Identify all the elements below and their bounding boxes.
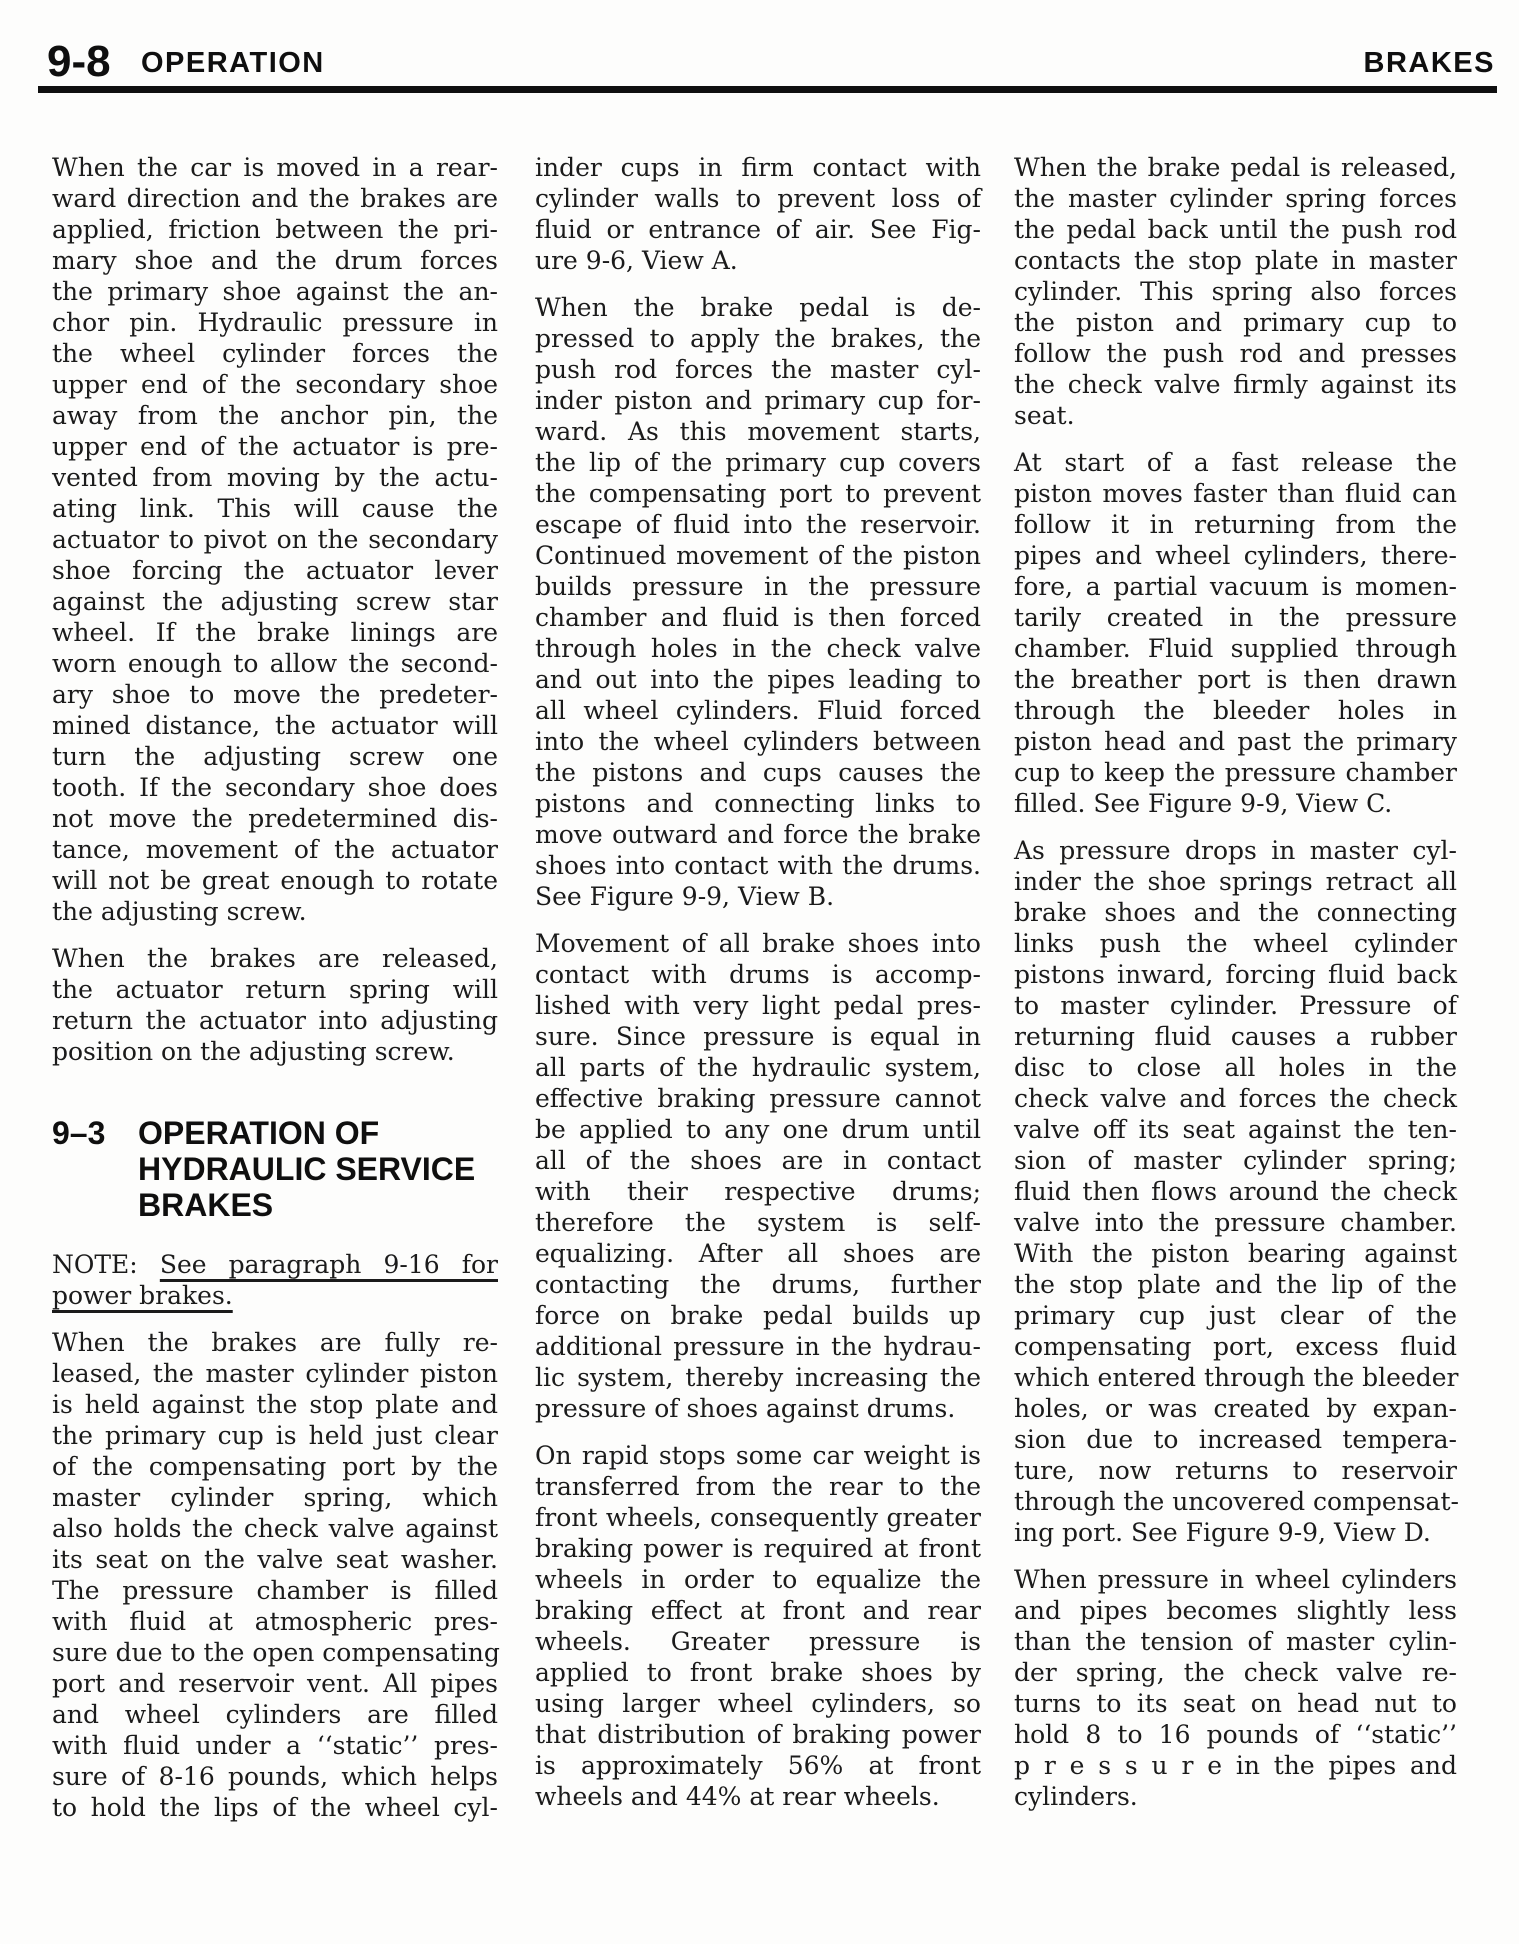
text-line: leased, the master cylinder piston (52, 1358, 498, 1389)
paragraph: Movement of all brake shoes intocontact … (535, 928, 981, 1424)
text-line: NOTE: See paragraph 9-16 for (52, 1249, 498, 1280)
paragraph: As pressure drops in master cyl-inder th… (1014, 835, 1457, 1548)
text-line: force on brake pedal builds up (535, 1300, 981, 1331)
section-heading-line: OPERATION OF (138, 1115, 498, 1151)
text-line: the actuator return spring will (52, 974, 498, 1005)
text-line: When the brakes are released, (52, 943, 498, 974)
text-line: than the tension of master cylin- (1014, 1626, 1457, 1657)
text-line: through the bleeder holes in (1014, 695, 1457, 726)
text-line: pistons inward, forcing fluid back (1014, 959, 1457, 990)
text-line: sure due to the open compensating (52, 1637, 498, 1668)
text-line: inder piston and primary cup for- (535, 385, 981, 416)
page-section-title: OPERATION (141, 49, 325, 78)
text-line: With the piston bearing against (1014, 1238, 1457, 1269)
text-line: Movement of all brake shoes into (535, 928, 981, 959)
text-line: tarily created in the pressure (1014, 602, 1457, 633)
text-line: equalizing. After all shoes are (535, 1238, 981, 1269)
text-line: sure of 8-16 pounds, which helps (52, 1761, 498, 1792)
text-line: valve off its seat against the ten- (1014, 1114, 1457, 1145)
column-1: When the car is moved in a rear-ward dir… (52, 152, 498, 1839)
paragraph: When the car is moved in a rear-ward dir… (52, 152, 498, 927)
text-line: the check valve firmly against its (1014, 369, 1457, 400)
text-line: upper end of the actuator is pre- (52, 431, 498, 462)
text-line: using larger wheel cylinders, so (535, 1688, 981, 1719)
text-line: with fluid under a ‘‘static’’ pres- (52, 1730, 498, 1761)
text-line: and pipes becomes slightly less (1014, 1595, 1457, 1626)
text-line: cup to keep the pressure chamber (1014, 757, 1457, 788)
text-line: escape of fluid into the reservoir. (535, 509, 981, 540)
text-line: inder the shoe springs retract all (1014, 866, 1457, 897)
text-line: cylinder. This spring also forces (1014, 276, 1457, 307)
text-line: mined distance, the actuator will (52, 710, 498, 741)
text-line: power brakes. (52, 1280, 498, 1311)
text-line: ture, now returns to reservoir (1014, 1455, 1457, 1486)
text-line: tance, movement of the actuator (52, 834, 498, 865)
text-line: brake shoes and the connecting (1014, 897, 1457, 928)
text-line: follow it in returning from the (1014, 509, 1457, 540)
text-line: the piston and primary cup to (1014, 307, 1457, 338)
text-line: vented from moving by the actu- (52, 462, 498, 493)
text-line: filled. See Figure 9-9, View C. (1014, 788, 1457, 819)
text-line: and out into the pipes leading to (535, 664, 981, 695)
text-line: the pistons and cups causes the (535, 757, 981, 788)
text-line: contacts the stop plate in master (1014, 245, 1457, 276)
text-line: valve into the pressure chamber. (1014, 1207, 1457, 1238)
text-line: effective braking pressure cannot (535, 1083, 981, 1114)
section-heading-line: HYDRAULIC SERVICE (138, 1151, 498, 1187)
note-underlined-text: See paragraph 9-16 for (160, 1250, 498, 1279)
text-line: move outward and force the brake (535, 819, 981, 850)
text-line: turn the adjusting screw one (52, 741, 498, 772)
text-line: shoe forcing the actuator lever (52, 555, 498, 586)
text-line: sion due to increased tempera- (1014, 1424, 1457, 1455)
text-line: be applied to any one drum until (535, 1114, 981, 1145)
text-line: wheels in order to equalize the (535, 1564, 981, 1595)
text-line: to master cylinder. Pressure of (1014, 990, 1457, 1021)
text-line: return the actuator into adjusting (52, 1005, 498, 1036)
text-line: is approximately 56% at front (535, 1750, 981, 1781)
text-line: When the brake pedal is released, (1014, 152, 1457, 183)
text-line: The pressure chamber is filled (52, 1575, 498, 1606)
text-line: the wheel cylinder forces the (52, 338, 498, 369)
text-line: links push the wheel cylinder (1014, 928, 1457, 959)
text-line: and wheel cylinders are filled (52, 1699, 498, 1730)
text-line: When the brake pedal is de- (535, 292, 981, 323)
text-line: builds pressure in the pressure (535, 571, 981, 602)
text-line: fore, a partial vacuum is momen- (1014, 571, 1457, 602)
text-line: with fluid at atmospheric pres- (52, 1606, 498, 1637)
text-line: master cylinder spring, which (52, 1482, 498, 1513)
section-heading-line: BRAKES (138, 1187, 498, 1223)
text-line: inder cups in firm contact with (535, 152, 981, 183)
text-line: braking effect at front and rear (535, 1595, 981, 1626)
text-line: actuator to pivot on the secondary (52, 524, 498, 555)
text-line: Continued movement of the piston (535, 540, 981, 571)
text-line: through the uncovered compensat- (1014, 1486, 1457, 1517)
text-line: pressure of shoes against drums. (535, 1393, 981, 1424)
paragraph: When the brakes are released,the actuato… (52, 943, 498, 1067)
text-line: shoes into contact with the drums. (535, 850, 981, 881)
text-line: pipes and wheel cylinders, there- (1014, 540, 1457, 571)
text-line: disc to close all holes in the (1014, 1052, 1457, 1083)
text-line: seat. (1014, 400, 1457, 431)
text-line: When the car is moved in a rear- (52, 152, 498, 183)
text-line: cylinder walls to prevent loss of (535, 183, 981, 214)
text-line: therefore the system is self- (535, 1207, 981, 1238)
text-line: wheels and 44% at rear wheels. (535, 1781, 981, 1812)
text-line: contact with drums is accomp- (535, 959, 981, 990)
text-line: p r e s s u r e in the pipes and (1014, 1750, 1457, 1781)
text-line: check valve and forces the check (1014, 1083, 1457, 1114)
text-line: the lip of the primary cup covers (535, 447, 981, 478)
text-line: ure 9-6, View A. (535, 245, 981, 276)
text-line: chamber. Fluid supplied through (1014, 633, 1457, 664)
text-line: additional pressure in the hydrau- (535, 1331, 981, 1362)
text-line: When pressure in wheel cylinders (1014, 1564, 1457, 1595)
text-line: the primary cup is held just clear (52, 1420, 498, 1451)
text-line: braking power is required at front (535, 1533, 981, 1564)
text-line: der spring, the check valve re- (1014, 1657, 1457, 1688)
column-2: inder cups in firm contact withcylinder … (535, 152, 981, 1828)
text-line: fluid then flows around the check (1014, 1176, 1457, 1207)
paragraph: When the brake pedal is released,the mas… (1014, 152, 1457, 431)
text-line: chamber and fluid is then forced (535, 602, 981, 633)
text-line: When the brakes are fully re- (52, 1327, 498, 1358)
text-line: holes, or was created by expan- (1014, 1393, 1457, 1424)
text-line: through holes in the check valve (535, 633, 981, 664)
text-line: pistons and connecting links to (535, 788, 981, 819)
text-line: applied to front brake shoes by (535, 1657, 981, 1688)
text-line: sure. Since pressure is equal in (535, 1021, 981, 1052)
text-line: lic system, thereby increasing the (535, 1362, 981, 1393)
text-line: contacting the drums, further (535, 1269, 981, 1300)
text-line: upper end of the secondary shoe (52, 369, 498, 400)
text-line: tooth. If the secondary shoe does (52, 772, 498, 803)
text-line: primary cup just clear of the (1014, 1300, 1457, 1331)
text-line: which entered through the bleeder (1014, 1362, 1457, 1393)
text-line: is held against the stop plate and (52, 1389, 498, 1420)
text-line: will not be great enough to rotate (52, 865, 498, 896)
text-line: mary shoe and the drum forces (52, 245, 498, 276)
text-line: ary shoe to move the predeter- (52, 679, 498, 710)
note-label: NOTE: (52, 1250, 138, 1279)
paragraph: At start of a fast release thepiston mov… (1014, 447, 1457, 819)
text-line: See Figure 9-9, View B. (535, 881, 981, 912)
text-line: transferred from the rear to the (535, 1471, 981, 1502)
text-line: turns to its seat on head nut to (1014, 1688, 1457, 1719)
text-line: cylinders. (1014, 1781, 1457, 1812)
text-line: away from the anchor pin, the (52, 400, 498, 431)
section-heading: 9–3OPERATION OFHYDRAULIC SERVICEBRAKES (52, 1115, 498, 1223)
text-line: sion of master cylinder spring; (1014, 1145, 1457, 1176)
manual-page: 9-8 OPERATION BRAKES When the car is mov… (0, 0, 1519, 1944)
paragraph: On rapid stops some car weight istransfe… (535, 1440, 981, 1812)
text-line: port and reservoir vent. All pipes (52, 1668, 498, 1699)
text-line: with their respective drums; (535, 1176, 981, 1207)
text-line: position on the adjusting screw. (52, 1036, 498, 1067)
page-number: 9-8 (47, 40, 111, 84)
text-line: As pressure drops in master cyl- (1014, 835, 1457, 866)
text-line: the breather port is then drawn (1014, 664, 1457, 695)
text-line: ating link. This will cause the (52, 493, 498, 524)
paragraph: When pressure in wheel cylindersand pipe… (1014, 1564, 1457, 1812)
text-line: applied, friction between the pri- (52, 214, 498, 245)
text-line: that distribution of braking power (535, 1719, 981, 1750)
text-line: fluid or entrance of air. See Fig- (535, 214, 981, 245)
text-line: lished with very light pedal pres- (535, 990, 981, 1021)
text-line: the master cylinder spring forces (1014, 183, 1457, 214)
text-line: chor pin. Hydraulic pressure in (52, 307, 498, 338)
text-line: On rapid stops some car weight is (535, 1440, 981, 1471)
paragraph: When the brakes are fully re-leased, the… (52, 1327, 498, 1823)
text-line: the adjusting screw. (52, 896, 498, 927)
page-chapter-title: BRAKES (1364, 49, 1495, 78)
text-line: against the adjusting screw star (52, 586, 498, 617)
text-line: pressed to apply the brakes, the (535, 323, 981, 354)
text-line: wheel. If the brake linings are (52, 617, 498, 648)
text-line: returning fluid causes a rubber (1014, 1021, 1457, 1052)
text-line: compensating port, excess fluid (1014, 1331, 1457, 1362)
text-line: At start of a fast release the (1014, 447, 1457, 478)
section-heading-number: 9–3 (52, 1115, 105, 1151)
text-line: piston head and past the primary (1014, 726, 1457, 757)
text-line: into the wheel cylinders between (535, 726, 981, 757)
text-line: front wheels, consequently greater (535, 1502, 981, 1533)
text-line: all of the shoes are in contact (535, 1145, 981, 1176)
text-line: of the compensating port by the (52, 1451, 498, 1482)
text-line: ward. As this movement starts, (535, 416, 981, 447)
text-line: to hold the lips of the wheel cyl- (52, 1792, 498, 1823)
text-line: push rod forces the master cyl- (535, 354, 981, 385)
header-rule (38, 86, 1497, 93)
text-line: all parts of the hydraulic system, (535, 1052, 981, 1083)
text-line: hold 8 to 16 pounds of ‘‘static’’ (1014, 1719, 1457, 1750)
text-line: the compensating port to prevent (535, 478, 981, 509)
text-line: ward direction and the brakes are (52, 183, 498, 214)
text-line: ing port. See Figure 9-9, View D. (1014, 1517, 1457, 1548)
note-underlined-text: power brakes. (52, 1281, 233, 1310)
text-line: all wheel cylinders. Fluid forced (535, 695, 981, 726)
column-3: When the brake pedal is released,the mas… (1014, 152, 1457, 1828)
text-line: the pedal back until the push rod (1014, 214, 1457, 245)
text-line: the stop plate and the lip of the (1014, 1269, 1457, 1300)
note: NOTE: See paragraph 9-16 forpower brakes… (52, 1249, 498, 1311)
text-line: piston moves faster than fluid can (1014, 478, 1457, 509)
text-line: follow the push rod and presses (1014, 338, 1457, 369)
text-line: also holds the check valve against (52, 1513, 498, 1544)
paragraph: inder cups in firm contact withcylinder … (535, 152, 981, 276)
text-line: its seat on the valve seat washer. (52, 1544, 498, 1575)
text-line: the primary shoe against the an- (52, 276, 498, 307)
paragraph: When the brake pedal is de-pressed to ap… (535, 292, 981, 912)
text-line: worn enough to allow the second- (52, 648, 498, 679)
text-line: not move the predetermined dis- (52, 803, 498, 834)
text-line: wheels. Greater pressure is (535, 1626, 981, 1657)
